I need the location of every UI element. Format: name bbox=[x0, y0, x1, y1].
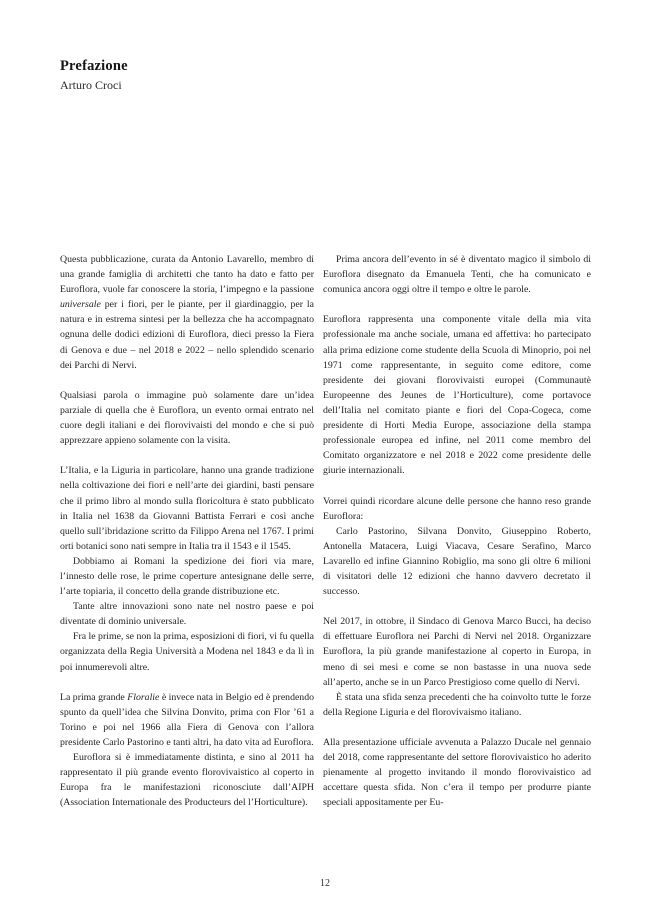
page-header: Prefazione Arturo Croci bbox=[60, 58, 128, 93]
paragraph: L’Italia, e la Liguria in particolare, h… bbox=[60, 463, 314, 554]
right-column: Prima ancora dell’evento in sé è diventa… bbox=[323, 252, 591, 810]
text-run: Euroflora si è immediatamente distinta, … bbox=[60, 752, 314, 808]
page-number: 12 bbox=[320, 878, 330, 889]
body-text: Questa pubblicazione, curata da Antonio … bbox=[60, 252, 591, 810]
text-run: Dobbiamo ai Romani la spedizione dei fio… bbox=[60, 556, 314, 597]
paragraph: Fra le prime, se non la prima, esposizio… bbox=[60, 629, 314, 674]
text-run: La prima grande bbox=[60, 692, 127, 703]
text-run: Euroflora rappresenta una componente vit… bbox=[323, 314, 591, 476]
paragraph: Qualsiasi parola o immagine può solament… bbox=[60, 388, 314, 448]
page-title: Prefazione bbox=[60, 58, 128, 75]
paragraph: È stata una sfida senza precedenti che h… bbox=[323, 690, 591, 720]
paragraph: Euroflora rappresenta una componente vit… bbox=[323, 312, 591, 478]
italic-text-run: Floralie bbox=[127, 692, 159, 703]
text-run: Nel 2017, in ottobre, il Sindaco di Geno… bbox=[323, 616, 591, 687]
paragraph: Prima ancora dell’evento in sé è diventa… bbox=[323, 252, 591, 297]
text-run: Fra le prime, se non la prima, esposizio… bbox=[60, 631, 314, 672]
book-page: Prefazione Arturo Croci Questa pubblicaz… bbox=[0, 0, 650, 920]
paragraph: La prima grande Floralie è invece nata i… bbox=[60, 690, 314, 750]
paragraph: Vorrei quindi ricordare alcune delle per… bbox=[323, 494, 591, 524]
text-run: Qualsiasi parola o immagine può solament… bbox=[60, 390, 314, 446]
paragraph: Alla presentazione ufficiale avvenuta a … bbox=[323, 735, 591, 810]
paragraph: Questa pubblicazione, curata da Antonio … bbox=[60, 252, 314, 373]
text-run: Tante altre innovazioni sono nate nel no… bbox=[60, 601, 314, 627]
paragraph: Carlo Pastorino, Silvana Donvito, Giusep… bbox=[323, 524, 591, 599]
text-run: Questa pubblicazione, curata da Antonio … bbox=[60, 254, 314, 295]
text-run: Carlo Pastorino, Silvana Donvito, Giusep… bbox=[323, 526, 591, 597]
text-run: È stata una sfida senza precedenti che h… bbox=[323, 692, 591, 718]
paragraph: Tante altre innovazioni sono nate nel no… bbox=[60, 599, 314, 629]
page-footer: 12 bbox=[0, 878, 650, 889]
paragraph: Nel 2017, in ottobre, il Sindaco di Geno… bbox=[323, 614, 591, 689]
text-run: Vorrei quindi ricordare alcune delle per… bbox=[323, 496, 591, 522]
author-name: Arturo Croci bbox=[60, 78, 128, 93]
text-run: Prima ancora dell’evento in sé è diventa… bbox=[323, 254, 591, 295]
paragraph: Euroflora si è immediatamente distinta, … bbox=[60, 750, 314, 810]
left-column: Questa pubblicazione, curata da Antonio … bbox=[60, 252, 314, 810]
italic-text-run: universale bbox=[60, 299, 101, 310]
paragraph: Dobbiamo ai Romani la spedizione dei fio… bbox=[60, 554, 314, 599]
text-run: L’Italia, e la Liguria in particolare, h… bbox=[60, 465, 314, 551]
text-run: Alla presentazione ufficiale avvenuta a … bbox=[323, 737, 591, 808]
